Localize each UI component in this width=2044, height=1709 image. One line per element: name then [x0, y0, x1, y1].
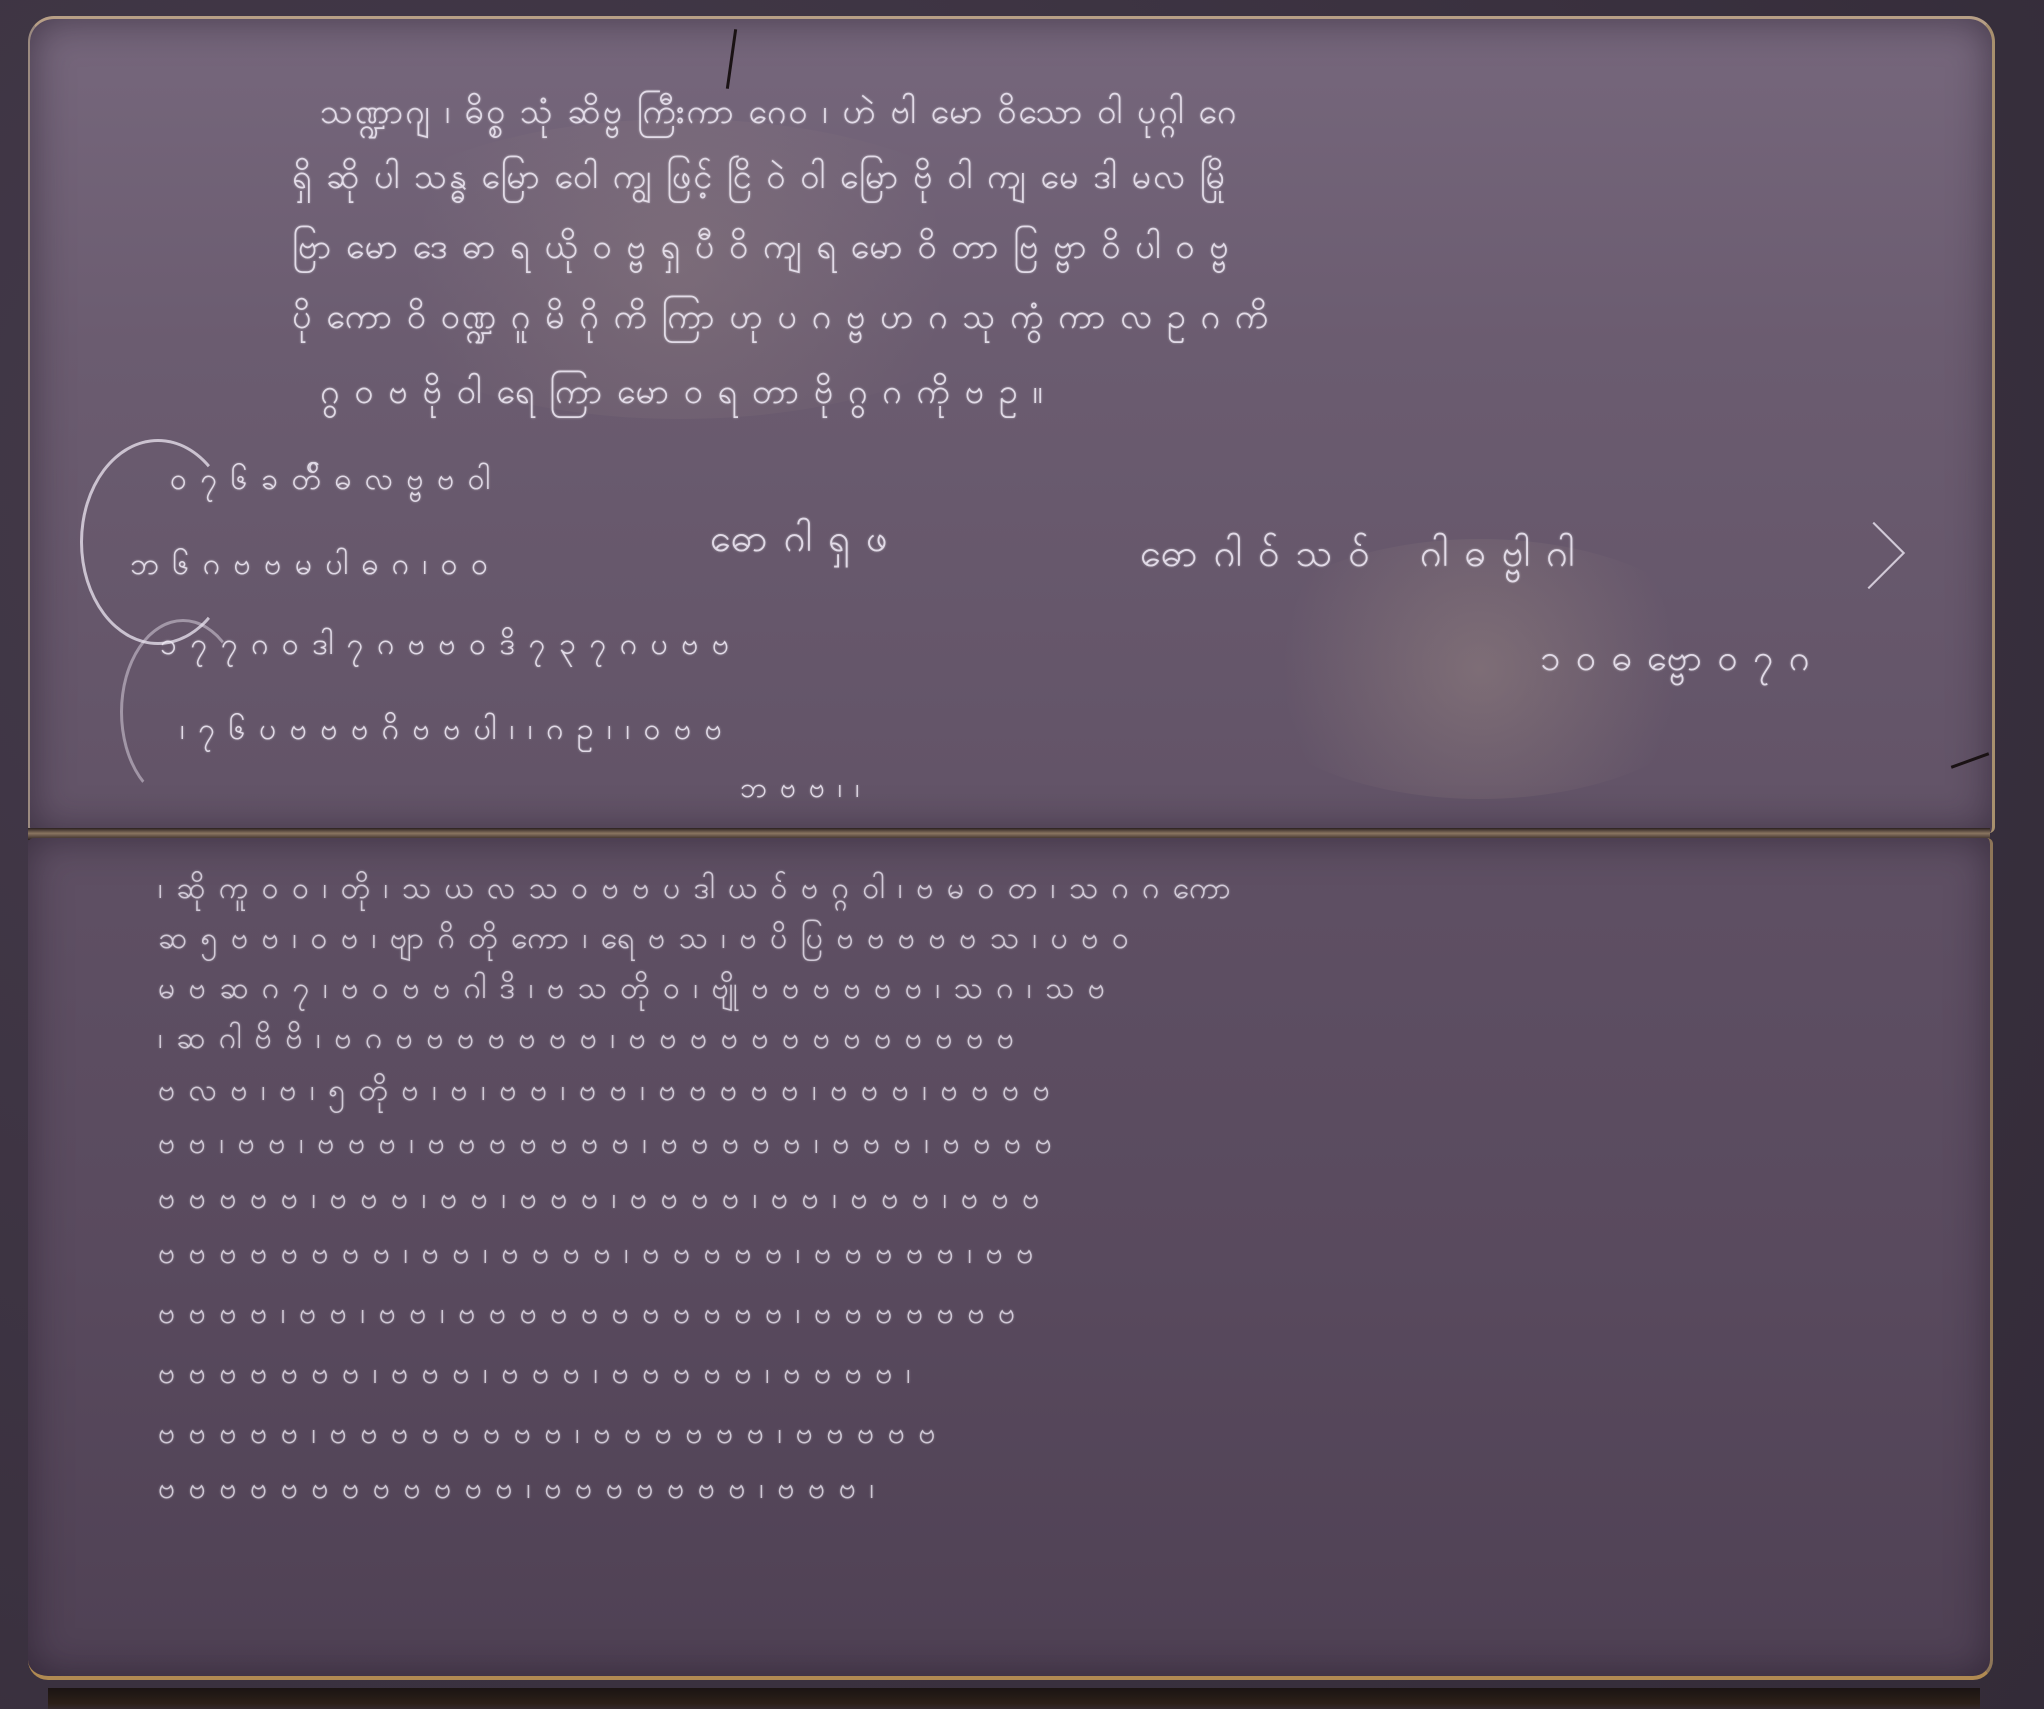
crack: [1951, 752, 1990, 768]
text-line: ရှိ ဆို ပါ သန္ဓ မြော ဝေါ ကျွ ဖြင့် ငြိ ဝ…: [292, 154, 1227, 205]
text-line: သဏ္ဍာဂျ ၊ ဓိဝ္စ သုံ ဆိဗ္ဗ ကြီးကာ ဂေဝ ၊ ဟ…: [320, 89, 1238, 140]
diagram-right-label: ၁ ဝ ဓ ဗ္ဗော ဝ ၇ ဂ: [1540, 634, 1811, 688]
diagram-row: ဘ ဗ ဗ ၊ ၊: [740, 769, 861, 811]
text-line: မ ဗ ဆ ဂ ၇ ၊ ဗ ဝ ဗ ဗ ဂါ ဒိ ၊ ဗ သ တို ဝ ၊ …: [158, 968, 1107, 1013]
text-line: ဗ ဗ ဗ ဗ ဗ ဗ ဗ ဗ ဗ ဗ ဗ ဗ ၊ ဗ ဗ ဗ ဗ ဗ ဗ ဗ …: [158, 1468, 876, 1513]
manuscript-board: သဏ္ဍာဂျ ၊ ဓိဝ္စ သုံ ဆိဗ္ဗ ကြီးကာ ဂေဝ ၊ ဟ…: [28, 16, 1990, 1676]
text-line: ဗ ဗ ဗ ဗ ဗ ၊ ဗ ဗ ဗ ၊ ဗ ဗ ၊ ဗ ဗ ဗ ၊ ဗ ဗ ဗ …: [158, 1178, 1041, 1223]
bottom-panel: ၊ ဆို ကူ ဝ ၀ ၊ တို ၊ သ ယ လ သ ဝ ဗ ဗ ပ ဒါ …: [28, 838, 1993, 1680]
text-line: ဆ ၅ ဗ ဗ ၊ ဝ ဗ ၊ ဗျာ ဂိ တို ကော ၊ ရေ ဗ သ …: [158, 918, 1131, 963]
crack: [726, 29, 737, 89]
bracket-arrow-icon: [1838, 522, 1905, 589]
text-line: ဗ ဗ ၊ ဗ ဗ ၊ ဗ ဗ ဗ ၊ ဗ ဗ ဗ ဗ ဗ ဗ ဗ ၊ ဗ ဗ …: [158, 1123, 1054, 1168]
text-line: ဗ ဗ ဗ ဗ ၊ ဗ ဗ ၊ ဗ ဗ ၊ ဗ ဗ ဗ ဗ ဗ ဗ ဗ ဗ ဗ …: [158, 1293, 1017, 1338]
text-line: ၊ ဆ ဂါ ဗိ ဗိ ၊ ဗ ဂ ဗ ဗ ဗ ဗ ဗ ဗ ဗ ၊ ဗ ဗ ဗ…: [158, 1018, 1016, 1063]
text-line: ဗြာ မော ဒေ ဓာ ရ ယို ဝ ဗ္ဗ ရှ ပီ ဝိ ကျ ရ …: [292, 224, 1231, 275]
text-line: ဗ လ ဗ ၊ ဗ ၊ ၅ တို ဗ ၊ ဗ ၊ ဗ ဗ ၊ ဗ ဗ ၊ ဗ …: [158, 1070, 1052, 1115]
board-edge-shadow: [48, 1688, 1980, 1709]
diagram-row: ၁ ၇ ၇ ဂ ဝ ဒါ ၇ ဂ ဗ ဗ ဝ ဒိ ၇ ၃ ၇ ဂ ပ ဗ ဗ: [160, 624, 731, 669]
diagram-right-label: ဓော ဂါ ဝ် သ ဝ်: [1140, 529, 1372, 585]
diagram-row: ၊ ၇ ၆ ပ ဗ ဗ ဗ ဂိ ဗ ဗ ပါ ၊ ၊ ဂ ဥ ၊ ၊ ဝ ဗ …: [180, 709, 724, 754]
text-line: ဂွ ဝ ဗ ဗို ဝါ ရေ ကြာ မော ဝ ရ တာ ဗို ဂွ ဂ…: [320, 369, 1045, 420]
text-line: ဗ ဗ ဗ ဗ ဗ ဗ ဗ ဗ ၊ ဗ ဗ ၊ ဗ ဗ ဗ ဗ ၊ ဗ ဗ ဗ …: [158, 1233, 1035, 1278]
diagram-heading: ဝ ၇ ၆ ခ တ်ိ ဓ လ ဗ္ဗ ဗ ဝါ: [170, 459, 492, 504]
text-line: ၊ ဆို ကူ ဝ ၀ ၊ တို ၊ သ ယ လ သ ဝ ဗ ဗ ပ ဒါ …: [158, 868, 1233, 913]
diagram-right-label: ဂါ ဓ ဗ္ဗါ ဂါ: [1420, 529, 1576, 585]
diagram-row: ဘ ၆ ဂ ဗ ဗ မ ပါ ဓ ဂ ၊ ၀ ၀: [130, 544, 490, 589]
text-line: ပို ကော ဝိ ဝဏ္ဍ ဂူ မိ ဂို ကိ ကြာ ဟု ပ ဂ …: [292, 294, 1270, 345]
diagram-center-label: ဓော ဂါ ရှ ဖ: [710, 514, 890, 570]
text-line: ဗ ဗ ဗ ဗ ဗ ၊ ဗ ဗ ဗ ဗ ဗ ဗ ဗ ဗ ၊ ဗ ဗ ဗ ဗ ဗ …: [158, 1413, 938, 1458]
text-line: ဗ ဗ ဗ ဗ ဗ ဗ ဗ ၊ ဗ ဗ ဗ ၊ ဗ ဗ ဗ ၊ ဗ ဗ ဗ ဗ …: [158, 1353, 913, 1398]
top-panel: သဏ္ဍာဂျ ၊ ဓိဝ္စ သုံ ဆိဗ္ဗ ကြီးကာ ဂေဝ ၊ ဟ…: [28, 16, 1995, 833]
